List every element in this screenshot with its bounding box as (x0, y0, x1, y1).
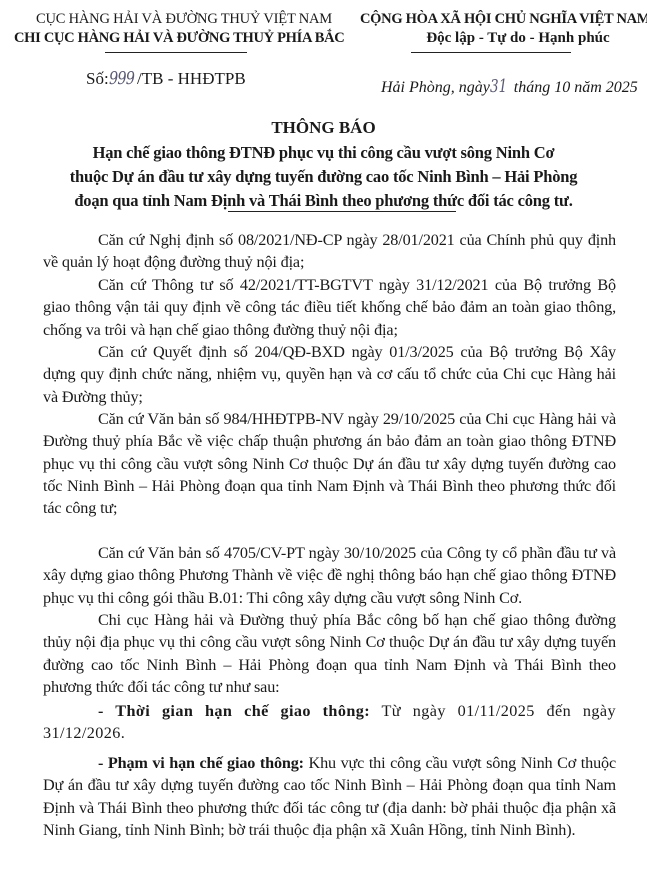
agency-parent-name: CỤC HÀNG HẢI VÀ ĐƯỜNG THUỶ VIỆT NAM (36, 11, 326, 28)
place-date-prefix: Hải Phòng, ngày (381, 79, 490, 96)
number-prefix: Số: (86, 69, 109, 88)
number-suffix: /TB - HHĐTPB (137, 69, 246, 88)
place-and-date: Hải Phòng, ngày31 tháng 10 năm 2025 (381, 76, 638, 97)
subtitle-line: thuộc Dự án đầu tư xây dựng tuyến đường … (0, 167, 647, 187)
subtitle-line: Hạn chế giao thông ĐTNĐ phục vụ thi công… (0, 143, 647, 163)
restriction-time-label: - Thời gian hạn chế giao thông: (98, 702, 370, 720)
legal-basis-paragraph: Căn cứ Văn bản số 984/HHĐTPB-NV ngày 29/… (43, 408, 616, 519)
document-page: CỤC HÀNG HẢI VÀ ĐƯỜNG THUỶ VIỆT NAM CHI … (0, 0, 647, 880)
day-handwritten: 31 (490, 76, 507, 97)
announcement-paragraph: Chi cục Hàng hải và Đường thuỷ phía Bắc … (43, 609, 616, 698)
nation-name: CỘNG HÒA XÃ HỘI CHỦ NGHĨA VIỆT NAM (360, 11, 647, 28)
legal-basis-paragraph: Căn cứ Thông tư số 42/2021/TT-BGTVT ngày… (43, 274, 616, 341)
legal-basis-paragraph: Căn cứ Nghị định số 08/2021/NĐ-CP ngày 2… (43, 229, 616, 274)
agency-name: CHI CỤC HÀNG HẢI VÀ ĐƯỜNG THUỶ PHÍA BẮC (14, 30, 332, 47)
legal-basis-paragraph: Căn cứ Văn bản số 4705/CV-PT ngày 30/10/… (43, 542, 616, 609)
number-handwritten: 999 (109, 68, 134, 89)
legal-basis-paragraph: Căn cứ Quyết định số 204/QĐ-BXD ngày 01/… (43, 341, 616, 408)
title-underline (228, 211, 456, 212)
restriction-scope-label: - Phạm vi hạn chế giao thông: (98, 754, 304, 772)
agency-underline (105, 52, 247, 53)
motto-underline (411, 52, 571, 53)
document-number: Số:999/TB - HHĐTPB (86, 68, 246, 89)
restriction-scope-item: - Phạm vi hạn chế giao thông: Khu vực th… (43, 752, 616, 841)
document-title: THÔNG BÁO (0, 118, 647, 138)
national-motto: Độc lập - Tự do - Hạnh phúc (408, 30, 628, 47)
place-date-suffix: tháng 10 năm 2025 (510, 79, 638, 96)
restriction-time-item: - Thời gian hạn chế giao thông: Từ ngày … (43, 700, 616, 745)
subtitle-line: đoạn qua tỉnh Nam Định và Thái Bình theo… (0, 191, 647, 211)
